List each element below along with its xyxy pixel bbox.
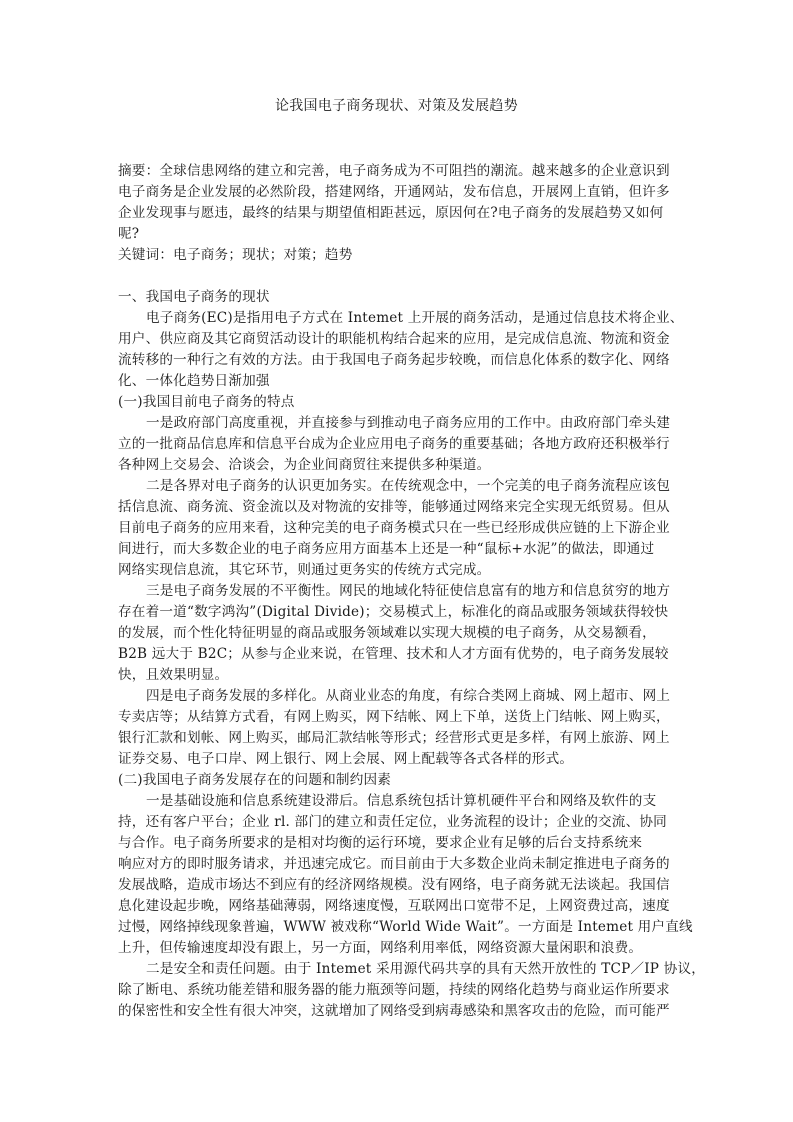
document-title: 论我国电子商务现状、对策及发展趋势 [0, 96, 793, 117]
paragraph-first-line: 一是政府部门高度重视，并直接参与到推动电子商务应用的工作中。由政府部门牵头建 [118, 413, 676, 434]
paragraph-line: 响应对方的即时服务请求，并迅速完成它。而目前由于大多数企业尚未制定推进电子商务的 [118, 854, 676, 875]
keywords: 关键词：电子商务；现状；对策；趋势 [118, 245, 676, 266]
paragraph-line: 银行汇款和划帐、网上购买，邮局汇款结帐等形式；经营形式更是多样，有网上旅游、网上 [118, 728, 676, 749]
paragraph-line: 的发展，而个性化特征明显的商品或服务领域难以实现大规模的电子商务，从交易额看， [118, 623, 676, 644]
paragraph-line: 各种网上交易会、洽谈会，为企业间商贸往来提供多种渠道。 [118, 455, 676, 476]
paragraph-line: 立的一批商品信息库和信息平台成为企业应用电子商务的重要基础；各地方政府还积极举行 [118, 434, 676, 455]
abstract-line: 摘要：全球信患网络的建立和完善，电子商务成为不可阻挡的潮流。越来越多的企业意识到 [118, 161, 676, 182]
abstract-line: 电子商务是企业发展的必然阶段，搭建网络，开通网站，发布信息，开展网上直销，但许多 [118, 182, 676, 203]
abstract-line: 呢? [118, 224, 676, 245]
paragraph-line: 上升，但传输速度却没有跟上，另一方面，网络利用率低，网络资源大量闲职和浪费。 [118, 938, 676, 959]
paragraph-line: (一)我国目前电子商务的特点 [118, 392, 676, 413]
paragraph-line: B2B 远大于 B2C；从参与企业来说，在管理、技术和人才方面有优势的，电子商务… [118, 644, 676, 665]
paragraph-first-line: 四是电子商务发展的多样化。从商业业态的角度，有综合类网上商城、网上超市、网上 [118, 686, 676, 707]
paragraph-first-line: 一是基础设施和信息系统建设滞后。信息系统包括计算机硬件平台和网络及软件的支 [118, 791, 676, 812]
paragraph-first-line: 三是电子商务发展的不平衡性。网民的地域化特征使信息富有的地方和信息贫穷的地方 [118, 581, 676, 602]
abstract-line: 企业发现事与愿违，最终的结果与期望值相距甚远，原因何在?电子商务的发展趋势又如何 [118, 203, 676, 224]
paragraph-line: 除了断电、系统功能差错和服务器的能力瓶颈等问题，持续的网络化趋势与商业运作所要求 [118, 980, 676, 1001]
paragraph-line: 流转移的一种行之有效的方法。由于我国电子商务起步较晚，而信息化体系的数字化、网络 [118, 350, 676, 371]
paragraph-line: 目前电子商务的应用来看，这种完美的电子商务模式只在一些已经形成供应链的上下游企业 [118, 518, 676, 539]
paragraph-line: 持，还有客户平台；企业 rl. 部门的建立和责任定位，业务流程的设计；企业的交流… [118, 812, 676, 833]
paragraph-line: 证券交易、电子口岸、网上银行、网上会展、网上配载等各式各样的形式。 [118, 749, 676, 770]
paragraph-line: 专卖店等；从结算方式看，有网上购买，网下结帐、网上下单，送货上门结帐、网上购买， [118, 707, 676, 728]
paragraph-first-line: 二是安全和责任问题。由于 Intemet 采用源代码共享的具有天然开放性的 TC… [118, 959, 676, 980]
paragraph-line: 的保密性和安全性有很大冲突，这就增加了网络受到病毒感染和黑客攻击的危险，而可能严 [118, 1001, 676, 1022]
body-lines: 电子商务(EC)是指用电子方式在 Intemet 上开展的商务活动，是通过信息技… [118, 308, 676, 1022]
document-page: 论我国电子商务现状、对策及发展趋势 摘要：全球信患网络的建立和完善，电子商务成为… [0, 0, 793, 1122]
spacer [118, 266, 676, 287]
paragraph-line: 过慢，网络掉线现象普遍，WWW 被戏称“World Wide Wait”。一方面… [118, 917, 676, 938]
paragraph-line: 与合作。电子商务所要求的是相对均衡的运行环境，要求企业有足够的后台支持系统来 [118, 833, 676, 854]
paragraph-line: 息化建设起步晚，网络基础薄弱，网络速度慢，互联网出口宽带不足，上网资费过高，速度 [118, 896, 676, 917]
paragraph-line: (二)我国电子商务发展存在的问题和制约因素 [118, 770, 676, 791]
paragraph-line: 网络实现信息流，其它环节，则通过更务实的传统方式完成。 [118, 560, 676, 581]
paragraph-line: 快，且效果明显。 [118, 665, 676, 686]
paragraph-line: 化、一体化趋势日渐加强 [118, 371, 676, 392]
paragraph-first-line: 二是各界对电子商务的认识更加务实。在传统观念中，一个完美的电子商务流程应该包 [118, 476, 676, 497]
section-heading: 一、我国电子商务的现状 [118, 287, 676, 308]
paragraph-line: 间进行，而大多数企业的电子商务应用方面基本上还是一种“鼠标+水泥”的做法，即通过 [118, 539, 676, 560]
paragraph-first-line: 电子商务(EC)是指用电子方式在 Intemet 上开展的商务活动，是通过信息技… [118, 308, 676, 329]
paragraph-line: 存在着一道“数字鸿沟”(Digital Divide)；交易模式上，标准化的商品… [118, 602, 676, 623]
paragraph-line: 用户、供应商及其它商贸活动设计的职能机构结合起来的应用，是完成信息流、物流和资金 [118, 329, 676, 350]
document-body: 摘要：全球信患网络的建立和完善，电子商务成为不可阻挡的潮流。越来越多的企业意识到… [118, 161, 676, 1022]
paragraph-line: 括信息流、商务流、资金流以及对物流的安排等，能够通过网络来完全实现无纸贸易。但从 [118, 497, 676, 518]
paragraph-line: 发展战略，造成市场达不到应有的经济网络规模。没有网络，电子商务就无法谈起。我国信 [118, 875, 676, 896]
